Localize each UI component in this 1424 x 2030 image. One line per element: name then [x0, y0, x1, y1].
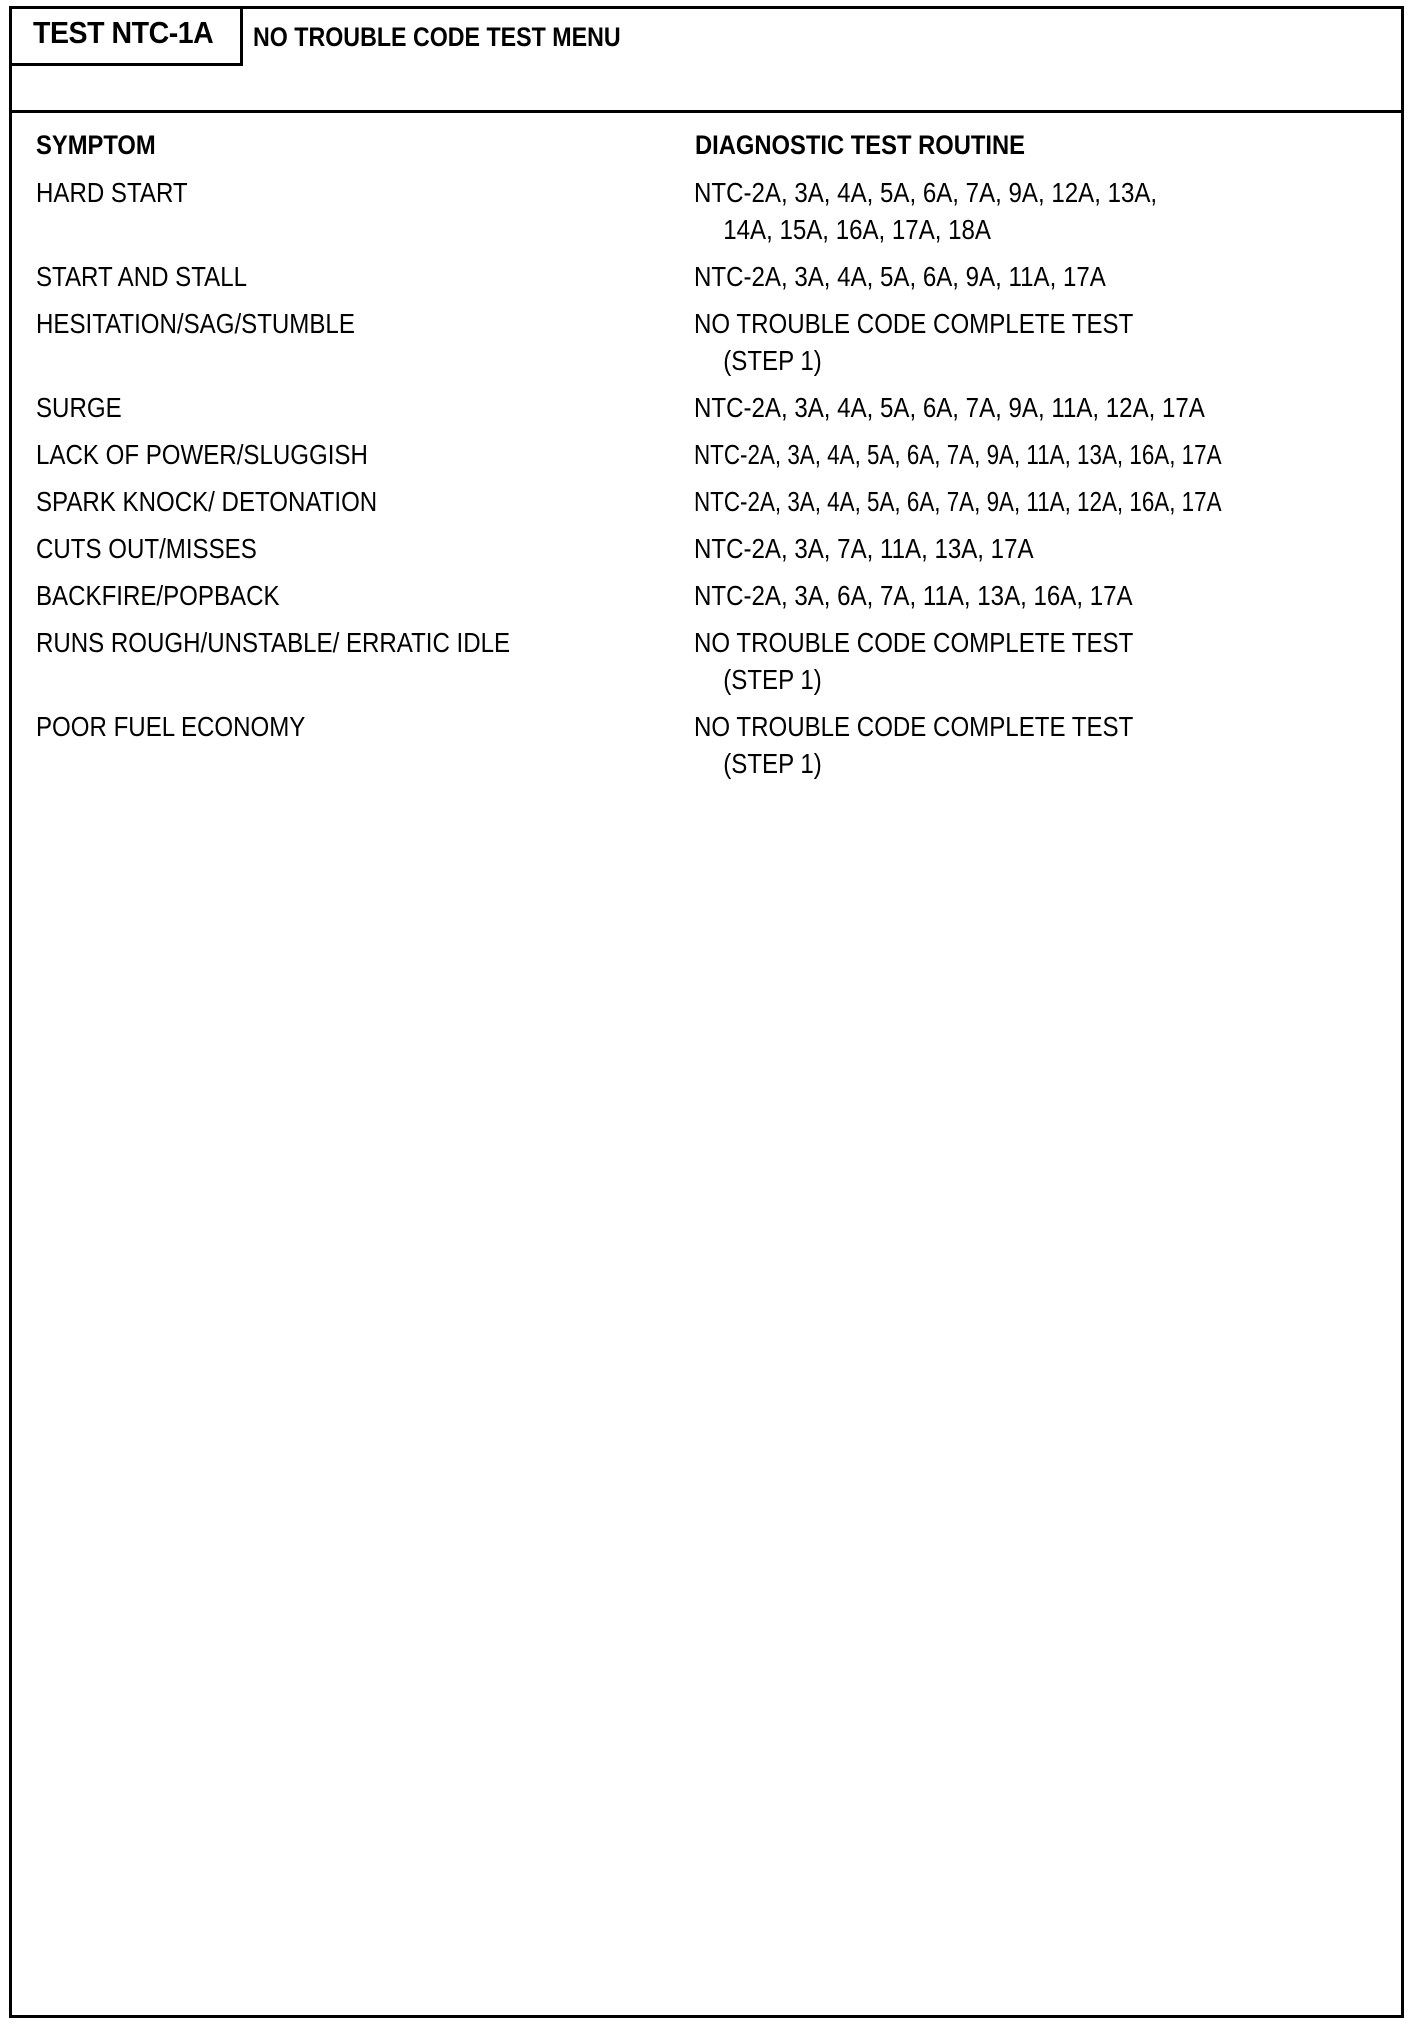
routine-line-continued: 14A, 15A, 16A, 17A, 18A	[694, 211, 1157, 248]
table-row: START AND STALL NTC-2A, 3A, 4A, 5A, 6A, …	[0, 258, 1424, 295]
routine-cell: NTC-2A, 3A, 4A, 5A, 6A, 9A, 11A, 17A	[694, 258, 1106, 295]
routine-cell: NTC-2A, 3A, 6A, 7A, 11A, 13A, 16A, 17A	[694, 577, 1133, 614]
page-title: NO TROUBLE CODE TEST MENU	[253, 19, 621, 55]
table-row: CUTS OUT/MISSES NTC-2A, 3A, 7A, 11A, 13A…	[0, 530, 1424, 567]
routine-line: NTC-2A, 3A, 4A, 5A, 6A, 9A, 11A, 17A	[694, 258, 1106, 295]
routine-cell: NO TROUBLE CODE COMPLETE TEST (STEP 1)	[694, 708, 1133, 782]
table-row: HARD START NTC-2A, 3A, 4A, 5A, 6A, 7A, 9…	[0, 174, 1424, 248]
symptom-cell: RUNS ROUGH/UNSTABLE/ ERRATIC IDLE	[36, 624, 510, 661]
routine-cell: NO TROUBLE CODE COMPLETE TEST (STEP 1)	[694, 624, 1133, 698]
routine-line: NTC-2A, 3A, 6A, 7A, 11A, 13A, 16A, 17A	[694, 577, 1133, 614]
routine-line: NO TROUBLE CODE COMPLETE TEST	[694, 624, 1133, 661]
routine-line-continued: (STEP 1)	[694, 745, 1133, 782]
symptom-cell: SPARK KNOCK/ DETONATION	[36, 483, 377, 520]
routine-cell: NO TROUBLE CODE COMPLETE TEST (STEP 1)	[694, 305, 1133, 379]
header-divider	[9, 110, 1404, 113]
symptom-cell: BACKFIRE/POPBACK	[36, 577, 280, 614]
routine-line: NTC-2A, 3A, 4A, 5A, 6A, 7A, 9A, 11A, 12A…	[694, 389, 1205, 426]
symptom-cell: CUTS OUT/MISSES	[36, 530, 257, 567]
routine-line: NTC-2A, 3A, 4A, 5A, 6A, 7A, 9A, 12A, 13A…	[694, 174, 1157, 211]
table-row: HESITATION/SAG/STUMBLE NO TROUBLE CODE C…	[0, 305, 1424, 379]
routine-cell: NTC-2A, 3A, 7A, 11A, 13A, 17A	[694, 530, 1034, 567]
table-row: LACK OF POWER/SLUGGISH NTC-2A, 3A, 4A, 5…	[0, 436, 1424, 473]
routine-line: NO TROUBLE CODE COMPLETE TEST	[694, 305, 1133, 342]
symptom-cell: HARD START	[36, 174, 188, 211]
routine-line: NO TROUBLE CODE COMPLETE TEST	[694, 708, 1133, 745]
routine-line-continued: (STEP 1)	[694, 342, 1133, 379]
table-row: RUNS ROUGH/UNSTABLE/ ERRATIC IDLE NO TRO…	[0, 624, 1424, 698]
table-row: BACKFIRE/POPBACK NTC-2A, 3A, 6A, 7A, 11A…	[0, 577, 1424, 614]
routine-line-continued: (STEP 1)	[694, 661, 1133, 698]
routine-cell: NTC-2A, 3A, 4A, 5A, 6A, 7A, 9A, 11A, 12A…	[694, 483, 1222, 520]
table-row: POOR FUEL ECONOMY NO TROUBLE CODE COMPLE…	[0, 708, 1424, 782]
symptom-cell: START AND STALL	[36, 258, 247, 295]
routine-cell: NTC-2A, 3A, 4A, 5A, 6A, 7A, 9A, 12A, 13A…	[694, 174, 1157, 248]
routine-line: NTC-2A, 3A, 7A, 11A, 13A, 17A	[694, 530, 1034, 567]
test-id: TEST NTC-1A	[33, 13, 213, 53]
symptom-cell: LACK OF POWER/SLUGGISH	[36, 436, 368, 473]
table-row: SURGE NTC-2A, 3A, 4A, 5A, 6A, 7A, 9A, 11…	[0, 389, 1424, 426]
routine-cell: NTC-2A, 3A, 4A, 5A, 6A, 7A, 9A, 11A, 12A…	[694, 389, 1205, 426]
routine-line: NTC-2A, 3A, 4A, 5A, 6A, 7A, 9A, 11A, 13A…	[694, 436, 1222, 473]
routine-cell: NTC-2A, 3A, 4A, 5A, 6A, 7A, 9A, 11A, 13A…	[694, 436, 1222, 473]
symptom-table: HARD START NTC-2A, 3A, 4A, 5A, 6A, 7A, 9…	[0, 174, 1424, 792]
symptom-cell: POOR FUEL ECONOMY	[36, 708, 305, 745]
table-row: SPARK KNOCK/ DETONATION NTC-2A, 3A, 4A, …	[0, 483, 1424, 520]
routine-line: NTC-2A, 3A, 4A, 5A, 6A, 7A, 9A, 11A, 12A…	[694, 483, 1222, 520]
symptom-cell: SURGE	[36, 389, 122, 426]
symptom-column-header: SYMPTOM	[36, 129, 156, 161]
routine-column-header: DIAGNOSTIC TEST ROUTINE	[695, 129, 1025, 161]
symptom-cell: HESITATION/SAG/STUMBLE	[36, 305, 355, 342]
